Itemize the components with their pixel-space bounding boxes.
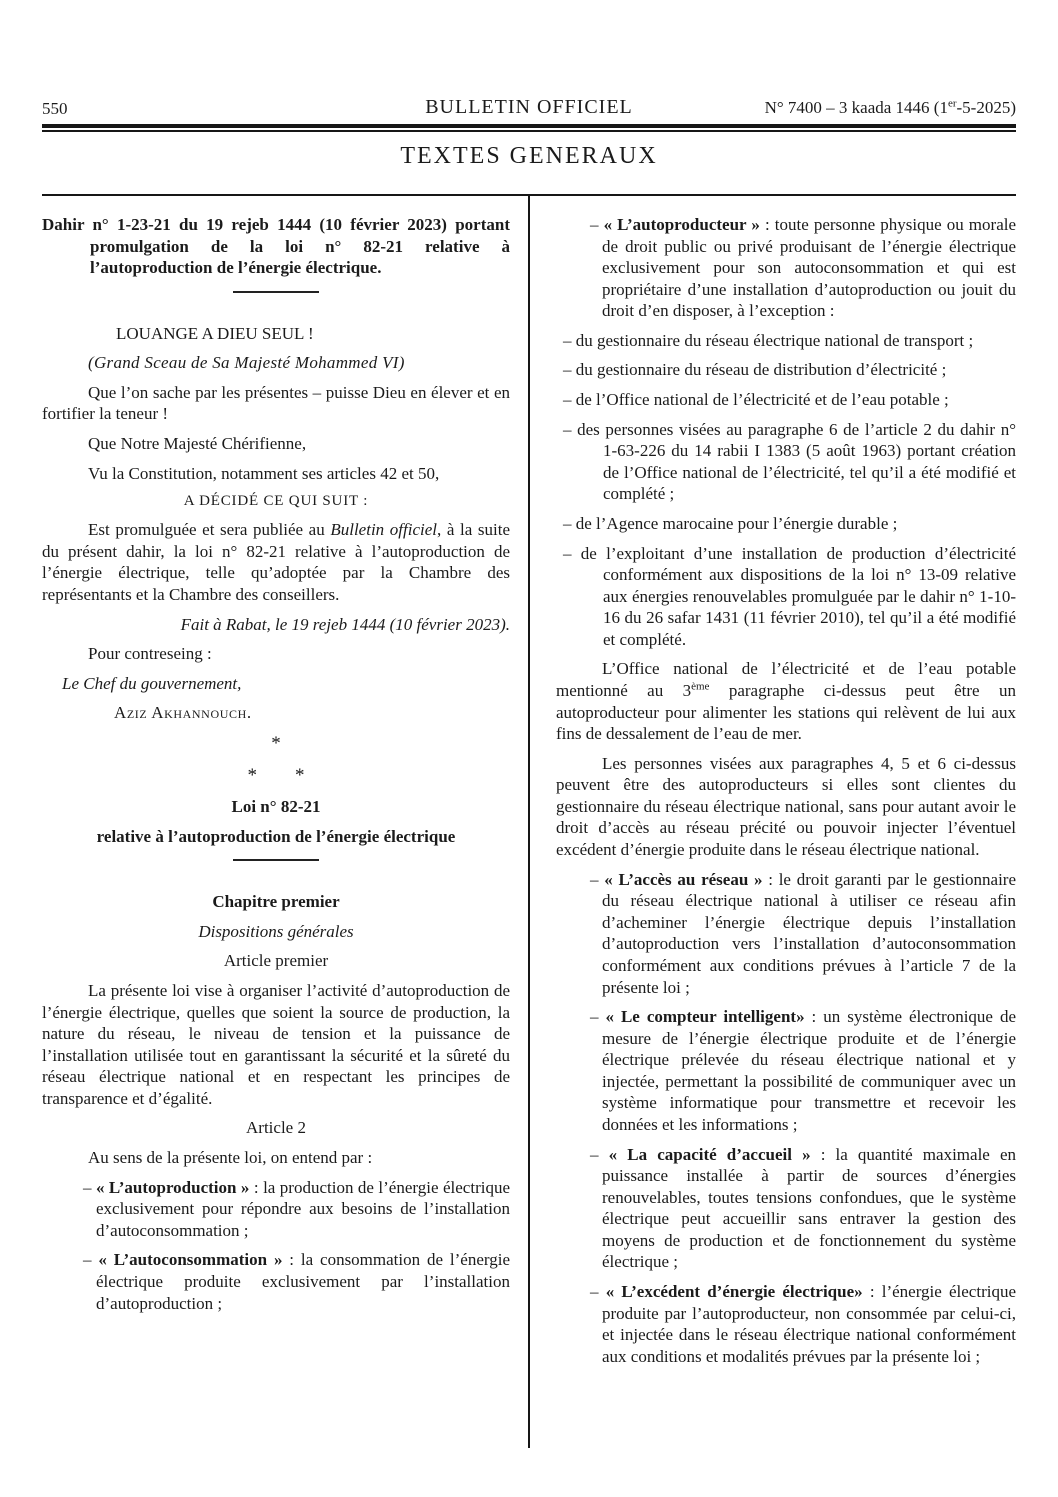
definition-term: « L’autoproducteur » [604, 215, 760, 234]
promulgation-paragraph: Est promulguée et sera publiée au Bullet… [42, 519, 510, 605]
section-divider [233, 859, 319, 861]
definition-dash: – [83, 1250, 98, 1269]
star-separator-double: * * [42, 764, 510, 788]
loi-title-line1: Loi n° 82-21 [42, 796, 510, 818]
definition-compteur-intelligent: – « Le compteur intelligent» : un systèm… [556, 1006, 1016, 1135]
chef-gouvernement-line: Le Chef du gouvernement, [42, 673, 510, 695]
majeste-line: Que Notre Majesté Chérifienne, [42, 433, 510, 455]
definition-excedent-energie: – « L’excédent d’énergie électrique» : l… [556, 1281, 1016, 1367]
que-lon-sache-paragraph: Que l’on sache par les présentes – puiss… [42, 382, 510, 425]
signataire-name: Aziz Akhannouch. [42, 702, 510, 724]
definition-capacite-daccueil: – « La capacité d’accueil » : la quantit… [556, 1144, 1016, 1273]
section-title: TEXTES GENERAUX [0, 143, 1058, 170]
constitution-line: Vu la Constitution, notamment ses articl… [42, 463, 510, 485]
definition-dash: – [83, 1178, 96, 1197]
exception-item: – du gestionnaire du réseau électrique n… [556, 330, 1016, 352]
chapitre-heading: Chapitre premier [42, 891, 510, 913]
definition-dash: – [590, 1007, 605, 1026]
definition-acces-au-reseau: – « L’accès au réseau » : le droit garan… [556, 869, 1016, 998]
definition-dash: – [590, 1282, 606, 1301]
decide-line: A DÉCIDÉ CE QUI SUIT : [42, 492, 510, 511]
article1-heading: Article premier [42, 950, 510, 972]
bulletin-officiel-page: 550 BULLETIN OFFICIEL N° 7400 – 3 kaada … [0, 0, 1058, 1497]
issue-reference: N° 7400 – 3 kaada 1446 (1er-5-2025) [765, 98, 1016, 118]
exception-item: – de l’exploitant d’une installation de … [556, 543, 1016, 651]
definition-dash: – [590, 870, 604, 889]
definition-dash: – [590, 1145, 609, 1164]
definition-autoconsommation: – « L’autoconsommation » : la consommati… [42, 1249, 510, 1314]
exception-item: – du gestionnaire du réseau de distribut… [556, 359, 1016, 381]
definition-term: « L’accès au réseau » [604, 870, 762, 889]
section-divider [233, 291, 319, 293]
louange-line: LOUANGE A DIEU SEUL ! [42, 323, 510, 345]
page-header: 550 BULLETIN OFFICIEL N° 7400 – 3 kaada … [42, 96, 1016, 122]
dahir-title: Dahir n° 1-23-21 du 19 rejeb 1444 (10 fé… [42, 214, 510, 279]
article1-text: La présente loi vise à organiser l’activ… [42, 980, 510, 1109]
definition-term: « Le compteur intelligent» [605, 1007, 804, 1026]
personnes-paragraph: Les personnes visées aux paragraphes 4, … [556, 753, 1016, 861]
definition-term: « L’autoconsommation » [98, 1250, 282, 1269]
article2-intro: Au sens de la présente loi, on entend pa… [42, 1147, 510, 1169]
loi-title-line2: relative à l’autoproduction de l’énergie… [42, 826, 510, 848]
onee-paragraph: L’Office national de l’électricité et de… [556, 658, 1016, 744]
contreseing-line: Pour contreseing : [42, 643, 510, 665]
exception-item: – des personnes visées au paragraphe 6 d… [556, 419, 1016, 505]
left-column: Dahir n° 1-23-21 du 19 rejeb 1444 (10 fé… [42, 214, 510, 1322]
star-separator-single: * [42, 732, 510, 756]
column-divider [528, 196, 530, 1448]
definition-text: : un système électronique de mesure de l… [602, 1007, 1016, 1134]
promulgation-text: Est promulguée et sera publiée au [88, 520, 330, 539]
definition-autoproduction: – « L’autoproduction » : la production d… [42, 1177, 510, 1242]
issue-superscript: er [948, 97, 957, 109]
right-column: – « L’autoproducteur » : toute personne … [556, 214, 1016, 1375]
fait-a-rabat-line: Fait à Rabat, le 19 rejeb 1444 (10 févri… [42, 614, 510, 636]
definition-term: « L’autoproduction » [96, 1178, 249, 1197]
header-double-rule [42, 124, 1016, 132]
grand-sceau-line: (Grand Sceau de Sa Majesté Mohammed VI) [42, 352, 510, 374]
onee-superscript: ème [691, 680, 709, 692]
definition-term: « L’excédent d’énergie électrique» [606, 1282, 863, 1301]
definition-term: « La capacité d’accueil » [609, 1145, 811, 1164]
definition-autoproducteur: – « L’autoproducteur » : toute personne … [556, 214, 1016, 322]
definition-dash: – [590, 215, 604, 234]
chapitre-subheading: Dispositions générales [42, 921, 510, 943]
exception-item: – de l’Office national de l’électricité … [556, 389, 1016, 411]
issue-reference-tail: -5-2025) [957, 98, 1016, 117]
bulletin-officiel-italic: Bulletin officiel [330, 520, 437, 539]
issue-reference-text: N° 7400 – 3 kaada 1446 (1 [765, 98, 948, 117]
article2-heading: Article 2 [42, 1117, 510, 1139]
exception-item: – de l’Agence marocaine pour l’énergie d… [556, 513, 1016, 535]
